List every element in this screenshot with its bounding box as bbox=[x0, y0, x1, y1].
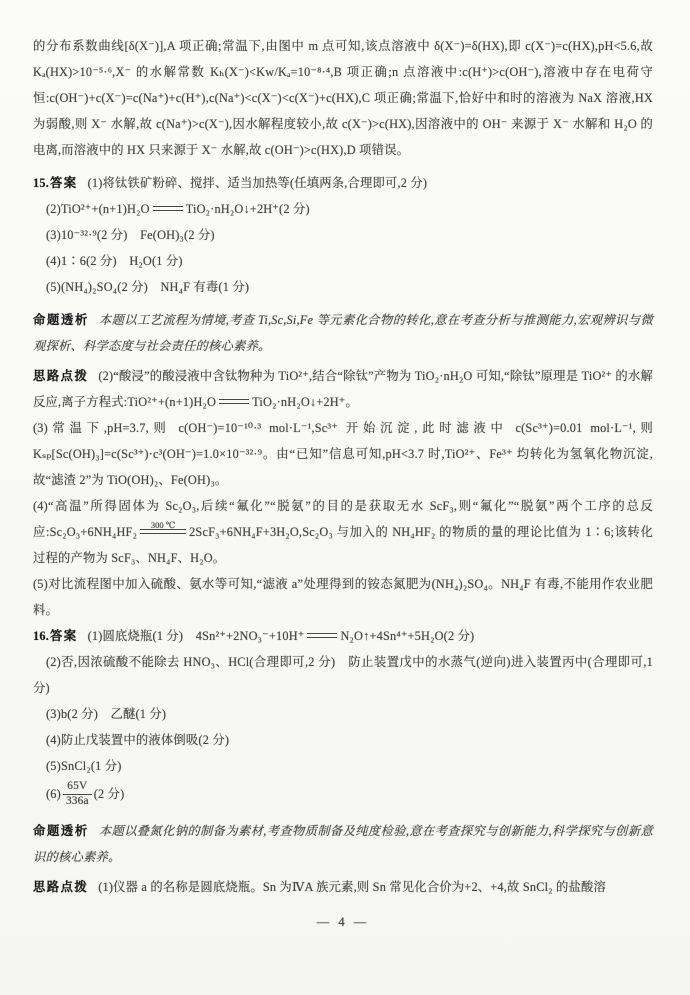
q15-analysis-text: 本题以工艺流程为情境,考查 Ti,Sc,Si,Fe 等元素化合物的转化,意在考查… bbox=[33, 313, 653, 353]
q15-answer-2: (2)TiO²⁺+(n+1)H₂OTiO₂·nH₂O↓+2H⁺(2 分) bbox=[33, 196, 653, 222]
q15-hint-5: (5)对比流程图中加入硫酸、氨水等可知,“滤液 a”处理得到的铵态氮肥为(NH₄… bbox=[33, 571, 653, 623]
q16-analysis-text: 本题以叠氮化钠的制备为素材,考查物质制备及纯度检验,意在考查探究与创新能力,科学… bbox=[33, 824, 653, 864]
q16-number: 16. bbox=[33, 629, 49, 643]
q15-hint-label: 思路点拨 bbox=[33, 369, 88, 383]
q16-analysis: 命题透析本题以叠氮化钠的制备为素材,考查物质制备及纯度检验,意在考查探究与创新能… bbox=[33, 818, 653, 870]
fraction-denominator: 336a bbox=[63, 795, 92, 809]
q16-answer-head: 16.答案(1)圆底烧瓶(1 分) 4Sn²⁺+2NO₃⁻+10H⁺N₂O↑+4… bbox=[33, 623, 653, 649]
q15-a2-pre: (2)TiO²⁺+(n+1)H₂O bbox=[46, 202, 150, 216]
page-content: 的分布系数曲线[δ(X⁻)],A 项正确;常温下,由图中 m 点可知,该点溶液中… bbox=[0, 0, 690, 935]
q15-hint-2: 思路点拨(2)“酸浸”的酸浸液中含钛物种为 TiO²⁺,结合“除钛”产物为 Ti… bbox=[33, 363, 653, 415]
q16-analysis-label: 命题透析 bbox=[33, 824, 89, 838]
q16-answer-6: (6)65V336a(2 分) bbox=[33, 779, 653, 811]
q16-a1-post: N₂O↑+4Sn⁴⁺+5H₂O(2 分) bbox=[340, 629, 474, 643]
q16-answer-3: (3)b(2 分) 乙醚(1 分) bbox=[33, 701, 653, 727]
q16-answer-label: 答案 bbox=[50, 629, 78, 643]
paragraph-intro: 的分布系数曲线[δ(X⁻)],A 项正确;常温下,由图中 m 点可知,该点溶液中… bbox=[33, 33, 653, 163]
q15-answer-4: (4)1∶6(2 分) H₂O(1 分) bbox=[33, 248, 653, 274]
q16-answer-5: (5)SnCl₂(1 分) bbox=[33, 753, 653, 779]
q15-analysis-label: 命题透析 bbox=[33, 313, 89, 327]
q15-answer-3: (3)10⁻³²·⁹(2 分) Fe(OH)₃(2 分) bbox=[33, 222, 653, 248]
q15-hint-2-post: TiO₂·nH₂O↓+2H⁺。 bbox=[252, 395, 358, 409]
q15-number: 15. bbox=[33, 176, 49, 190]
scanned-answer-page: 的分布系数曲线[δ(X⁻)],A 项正确;常温下,由图中 m 点可知,该点溶液中… bbox=[0, 0, 690, 995]
q15-analysis: 命题透析本题以工艺流程为情境,考查 Ti,Sc,Si,Fe 等元素化合物的转化,… bbox=[33, 307, 653, 359]
fraction-numerator: 65V bbox=[63, 780, 92, 795]
q15-hint-3: (3)常温下,pH=3.7,则 c(OH⁻)=10⁻¹⁰·³ mol·L⁻¹,S… bbox=[33, 415, 653, 493]
q16-answer-4: (4)防止戊装置中的液体倒吸(2 分) bbox=[33, 727, 653, 753]
page-number: — 4 — bbox=[33, 909, 653, 935]
q15-answer-1: (1)将钛铁矿粉碎、搅拌、适当加热等(任填两条,合理即可,2 分) bbox=[88, 176, 428, 190]
q15-a2-post: TiO₂·nH₂O↓+2H⁺(2 分) bbox=[186, 202, 310, 216]
equation-double-line-icon bbox=[307, 633, 337, 638]
q16-hint-1-text: (1)仪器 a 的名称是圆底烧瓶。Sn 为ⅣA 族元素,则 Sn 常见化合价为+… bbox=[98, 880, 606, 894]
q15-answer-5: (5)(NH₄)₂SO₄(2 分) NH₄F 有毒(1 分) bbox=[33, 274, 653, 300]
equation-condition-arrow-icon: 300 ℃ bbox=[140, 529, 186, 534]
equation-double-line-icon bbox=[219, 399, 249, 404]
q16-a6-post: (2 分) bbox=[94, 787, 125, 801]
equation-double-line-icon bbox=[153, 206, 183, 211]
q15-block: 15.答案(1)将钛铁矿粉碎、搅拌、适当加热等(任填两条,合理即可,2 分) (… bbox=[33, 170, 653, 623]
reaction-condition: 300 ℃ bbox=[151, 521, 175, 530]
q16-block: 16.答案(1)圆底烧瓶(1 分) 4Sn²⁺+2NO₃⁻+10H⁺N₂O↑+4… bbox=[33, 623, 653, 900]
q16-answer-2: (2)否,因浓硫酸不能除去 HNO₃、HCl(合理即可,2 分) 防止装置戊中的… bbox=[33, 649, 653, 701]
q15-answer-head: 15.答案(1)将钛铁矿粉碎、搅拌、适当加热等(任填两条,合理即可,2 分) bbox=[33, 170, 653, 196]
q16-hint-1: 思路点拨(1)仪器 a 的名称是圆底烧瓶。Sn 为ⅣA 族元素,则 Sn 常见化… bbox=[33, 874, 653, 900]
q15-hint-4: (4)“高温”所得固体为 Sc₂O₃,后续“氟化”“脱氨”的目的是获取无水 Sc… bbox=[33, 493, 653, 571]
q16-a1-pre: (1)圆底烧瓶(1 分) 4Sn²⁺+2NO₃⁻+10H⁺ bbox=[88, 629, 305, 643]
q15-answer-label: 答案 bbox=[50, 176, 78, 190]
q16-hint-label: 思路点拨 bbox=[33, 880, 88, 894]
q16-a6-pre: (6) bbox=[46, 787, 61, 801]
fraction: 65V336a bbox=[63, 780, 92, 808]
